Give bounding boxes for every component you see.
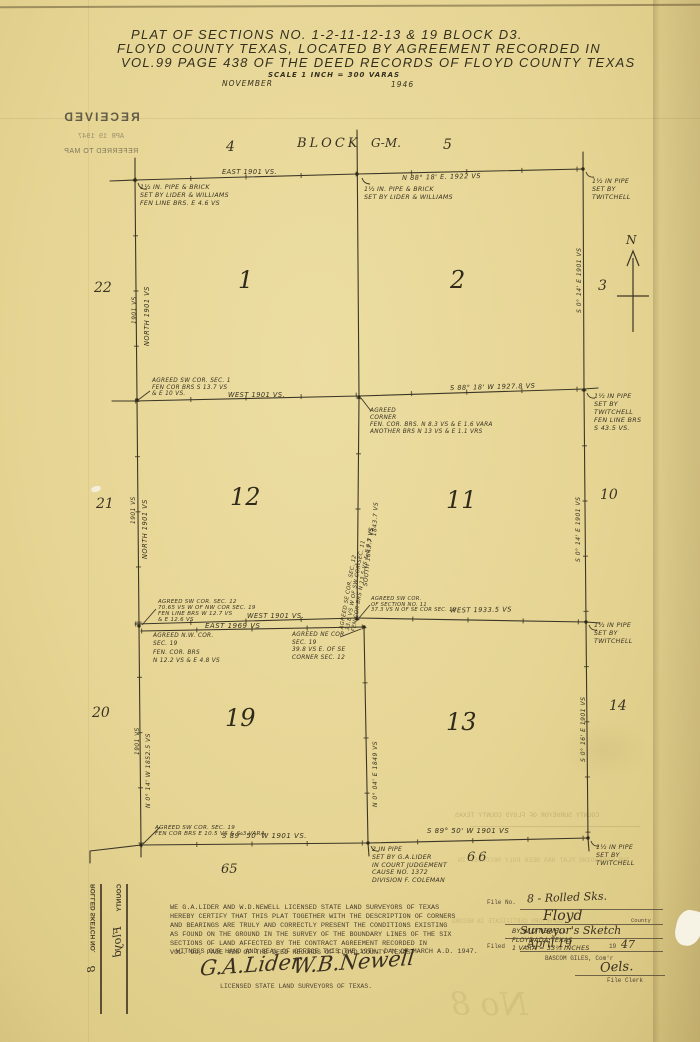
plat-document: PLAT OF SECTIONS NO. 1-2-11-12-13 & 19 B… bbox=[0, 0, 700, 1042]
file-clerk-label: File Clerk bbox=[607, 977, 643, 984]
bleedthrough-rule bbox=[470, 826, 640, 827]
note-agreed-ne-sec19: AGREED NE COR SEC. 19 39.8 VS E. OF SE C… bbox=[292, 632, 345, 662]
note-east-mid-pipe: 1½ IN PIPE SET BY TWITCHELL FEN LINE BRS… bbox=[594, 392, 641, 432]
north-arrow bbox=[617, 251, 649, 332]
adjacent-section-5: 5 bbox=[443, 137, 452, 153]
rolled-sketch-stamp: ROLLED SKETCH NO. 8 COUNTY Floyd bbox=[80, 884, 122, 1014]
bearing-west-sec19: N 0° 14' W 1852.5 VS bbox=[145, 733, 152, 808]
rolled-sketch-label: ROLLED SKETCH NO. bbox=[90, 884, 97, 953]
bearing-west-sec12: NORTH 1901 VS bbox=[141, 499, 149, 559]
bearing-east-sec19: N 0° 04' E 1849 VS bbox=[372, 741, 379, 807]
section-number-2: 2 bbox=[450, 266, 465, 294]
bearing-south-sec11: WEST 1933.5 VS bbox=[450, 605, 512, 614]
county-label: County bbox=[631, 917, 651, 924]
rolled-sketch-number: 8 bbox=[85, 966, 98, 973]
adjacent-section-14: 14 bbox=[609, 698, 627, 714]
surveyors-caption: LICENSED STATE LAND SURVEYORS OF TEXAS. bbox=[220, 983, 372, 990]
block-survey-label: G-M. bbox=[371, 136, 401, 150]
bleedthrough-line1: COUNTY SURVEYOR OF FLOYD COUNTY TEXAS bbox=[455, 812, 599, 819]
note-nw-corner-pipe: 1½ IN. PIPE & BRICK SET BY LIDER & WILLI… bbox=[140, 184, 229, 208]
note-agreed-corner-mid: AGREED CORNER FEN. COR. BRS. N 8.3 VS & … bbox=[370, 408, 493, 436]
adjacent-section-65: 65 bbox=[221, 862, 238, 877]
section-number-13: 13 bbox=[446, 708, 477, 736]
note-court-pipe: 2 IN PIPE SET BY G.A.LIDER IN COURT JUDG… bbox=[372, 846, 447, 885]
bearing-east-sec2: S 0° 14' E 1901 VS bbox=[576, 248, 583, 313]
file-clerk-rule bbox=[575, 975, 665, 976]
adjacent-section-3: 3 bbox=[598, 278, 607, 294]
bearing-west-sec1-alt: 1901 VS bbox=[132, 296, 138, 324]
file-no-rule bbox=[520, 909, 663, 910]
section-number-11: 11 bbox=[446, 486, 477, 514]
section-number-1: 1 bbox=[238, 266, 253, 294]
filed-date-value: April 19 bbox=[527, 937, 572, 950]
file-no-value: 8 - Rolled Sks. bbox=[527, 890, 607, 906]
bearing-west-sec12-alt: 1901 VS bbox=[131, 496, 137, 524]
note-se-corner-pipe: 1½ IN PIPE SET BY TWITCHELL bbox=[596, 844, 635, 868]
note-agreed-sw-sec11: AGREED SW COR. OF SECTION NO. 11 37.3 VS… bbox=[371, 597, 456, 614]
note-agreed-sw-sec12: AGREED SW COR. SEC. 12 70.65 VS W OF NW … bbox=[158, 600, 256, 624]
bearing-west-sec1: NORTH 1901 VS bbox=[143, 286, 151, 346]
filed-year-value: 47 bbox=[621, 938, 635, 951]
adjacent-section-21: 21 bbox=[96, 496, 114, 512]
note-mid-top-pipe: 1½ IN. PIPE & BRICK SET BY LIDER & WILLI… bbox=[364, 186, 453, 202]
bleedthrough-handwriting: No 8 bbox=[450, 985, 528, 1023]
adjacent-section-4: 4 bbox=[226, 139, 235, 155]
adjacent-section-20: 20 bbox=[92, 705, 110, 721]
north-label: N bbox=[626, 233, 637, 247]
bearing-top-west: EAST 1901 VS. bbox=[222, 168, 277, 176]
block-word-label: BLOCK bbox=[297, 136, 361, 151]
county-value: Floyd bbox=[543, 908, 583, 924]
filed-rule bbox=[520, 951, 663, 952]
stamp-county-label: COUNTY bbox=[116, 884, 123, 911]
note-agreed-sw-sec19: AGREED SW COR. SEC. 19 FEN COR BRS E 10.… bbox=[155, 825, 265, 837]
doc-type-value: Surveyor's Sketch bbox=[520, 924, 621, 937]
stamp-county-value: Floyd bbox=[111, 927, 124, 958]
bearing-west-sec19-alt: 1901 VS bbox=[135, 727, 141, 755]
note-agreed-nw-sec19: AGREED N.W. COR. SEC. 19 FEN. COR. BRS N… bbox=[153, 632, 220, 666]
bearing-mid-west: WEST 1901 VS. bbox=[228, 391, 285, 399]
file-clerk-signature: Oels. bbox=[600, 959, 634, 976]
bearing-east-sec11: S 0° 14' E 1901 VS bbox=[575, 497, 582, 562]
adjacent-section-10: 10 bbox=[600, 487, 618, 503]
adjacent-section-22: 22 bbox=[94, 280, 112, 296]
filed-label: Filed bbox=[487, 943, 505, 950]
filed-year-prefix: 19 bbox=[609, 943, 616, 950]
bleedthrough-line2: THE FOREGOING PLAT HAS BEEN DULY RECORDE… bbox=[458, 857, 630, 864]
bearing-south-sec13: S 89° 50' W 1901 VS bbox=[427, 827, 509, 835]
section-number-12: 12 bbox=[230, 483, 261, 511]
note-agreed-sw-sec1: AGREED SW COR. SEC. 1 FEN COR BRS S 13.7… bbox=[152, 378, 231, 398]
bearing-east-sec13: S 0° 16' E 1901 VS bbox=[580, 697, 587, 762]
file-no-label: File No. bbox=[487, 899, 516, 906]
note-pipe-sec11-13: 1½ IN PIPE SET BY TWITCHELL bbox=[594, 622, 633, 646]
section-number-19: 19 bbox=[225, 704, 256, 732]
note-ne-corner-pipe: 1½ IN PIPE SET BY TWITCHELL bbox=[592, 178, 631, 202]
